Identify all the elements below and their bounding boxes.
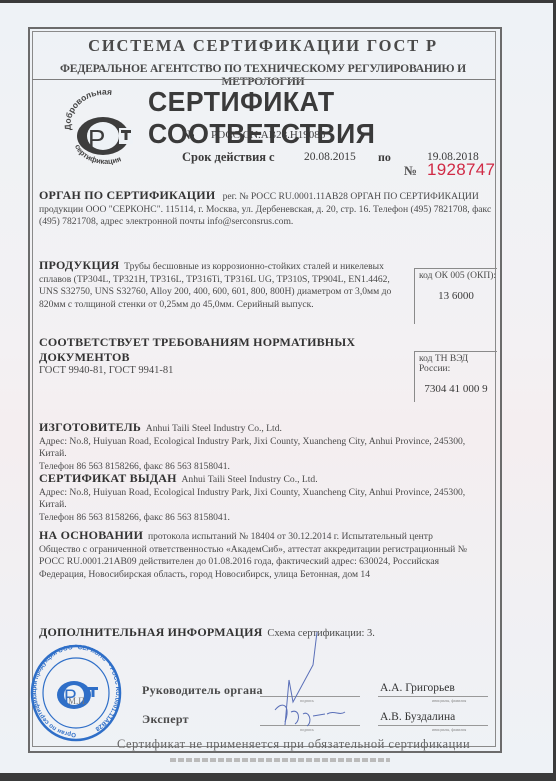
issued-to-phone: Телефон 86 563 8158266, факс 86 563 8158…	[39, 512, 494, 525]
certificate-number: РОСС CN.AB28.H19086	[211, 129, 325, 141]
head-of-body-label: Руководитель органа	[142, 683, 263, 698]
serial-number: 1928747	[427, 160, 495, 180]
head-name-line	[378, 696, 488, 697]
serial-label: №	[404, 163, 417, 179]
conformity-section: СООТВЕТСТВУЕТ ТРЕБОВАНИЯМ НОРМАТИВНЫХ ДО…	[39, 335, 409, 378]
validity-from-label: с	[269, 150, 275, 165]
tnved-code-value: 7304 41 000 9	[415, 383, 497, 395]
basis-heading: НА ОСНОВАНИИ	[39, 528, 143, 542]
header-divider	[32, 79, 496, 80]
printer-imprint	[170, 758, 390, 762]
certification-body-heading: ОРГАН ПО СЕРТИФИКАЦИИ	[39, 188, 215, 202]
head-name-caption: инициалы, фамилия	[432, 698, 466, 703]
validity-label: Срок действия	[182, 150, 266, 165]
head-name: А.А. Григорьев	[380, 682, 455, 694]
expert-name: А.В. Буздалина	[380, 711, 455, 723]
svg-text:М.П.: М.П.	[68, 696, 87, 706]
certification-system-title: СИСТЕМА СЕРТИФИКАЦИИ ГОСТ Р	[32, 36, 494, 56]
issued-to-heading: СЕРТИФИКАТ ВЫДАН	[39, 471, 177, 485]
product-heading: ПРОДУКЦИЯ	[39, 258, 119, 272]
okp-code-label: код ОК 005 (ОКП):	[415, 269, 497, 281]
issued-to-address: Адрес: No.8, Huiyuan Road, Ecological In…	[39, 487, 494, 512]
number-label: №	[182, 127, 195, 143]
voluntary-certification-note: Сертификат не применяется при обязательн…	[117, 737, 470, 752]
manufacturer-heading: ИЗГОТОВИТЕЛЬ	[39, 420, 141, 434]
validity-to-label: по	[378, 150, 391, 165]
tnved-code-label: код ТН ВЭД России:	[415, 352, 497, 374]
okp-code-value: 13 6000	[415, 290, 497, 302]
issued-to-name: Anhui Taili Steel Industry Co., Ltd.	[181, 474, 317, 485]
product-section: ПРОДУКЦИЯ Трубы бесшовные из коррозионно…	[39, 259, 409, 311]
expert-label: Эксперт	[142, 712, 189, 727]
tnved-code-box: код ТН ВЭД России: 7304 41 000 9	[414, 351, 497, 402]
handwritten-signatures-icon	[255, 630, 355, 730]
basis-section: НА ОСНОВАНИИ протокола испытаний № 18404…	[39, 529, 469, 581]
conformity-heading: СООТВЕТСТВУЕТ ТРЕБОВАНИЯМ НОРМАТИВНЫХ ДО…	[39, 335, 409, 365]
agency-name: ФЕДЕРАЛЬНОЕ АГЕНТСТВО ПО ТЕХНИЧЕСКОМУ РЕ…	[32, 62, 494, 88]
pct-logo-icon: Добровольная P сертификация	[63, 90, 147, 168]
validity-date-from: 20.08.2015	[304, 151, 356, 163]
okp-code-box: код ОК 005 (ОКП): 13 6000	[414, 268, 497, 324]
manufacturer-section: ИЗГОТОВИТЕЛЬ Anhui Taili Steel Industry …	[39, 421, 494, 473]
svg-text:P: P	[88, 124, 105, 154]
conformity-standards: ГОСТ 9940-81, ГОСТ 9941-81	[39, 365, 409, 378]
certification-body-section: ОРГАН ПО СЕРТИФИКАЦИИ рег. № РОСС RU.000…	[39, 189, 494, 229]
additional-info-heading: ДОПОЛНИТЕЛЬНАЯ ИНФОРМАЦИЯ	[39, 625, 263, 639]
certificate-title: СЕРТИФИКАТ СООТВЕТСТВИЯ	[148, 86, 536, 150]
manufacturer-address: Адрес: No.8, Huiyuan Road, Ecological In…	[39, 436, 494, 461]
issued-to-section: СЕРТИФИКАТ ВЫДАН Anhui Taili Steel Indus…	[39, 472, 494, 524]
certification-body-stamp-icon: Орган по сертификации продукции ООО "СЕР…	[30, 643, 122, 745]
expert-name-line	[378, 725, 488, 726]
expert-name-caption: инициалы, фамилия	[432, 727, 466, 732]
manufacturer-name: Anhui Taili Steel Industry Co., Ltd.	[146, 423, 282, 434]
